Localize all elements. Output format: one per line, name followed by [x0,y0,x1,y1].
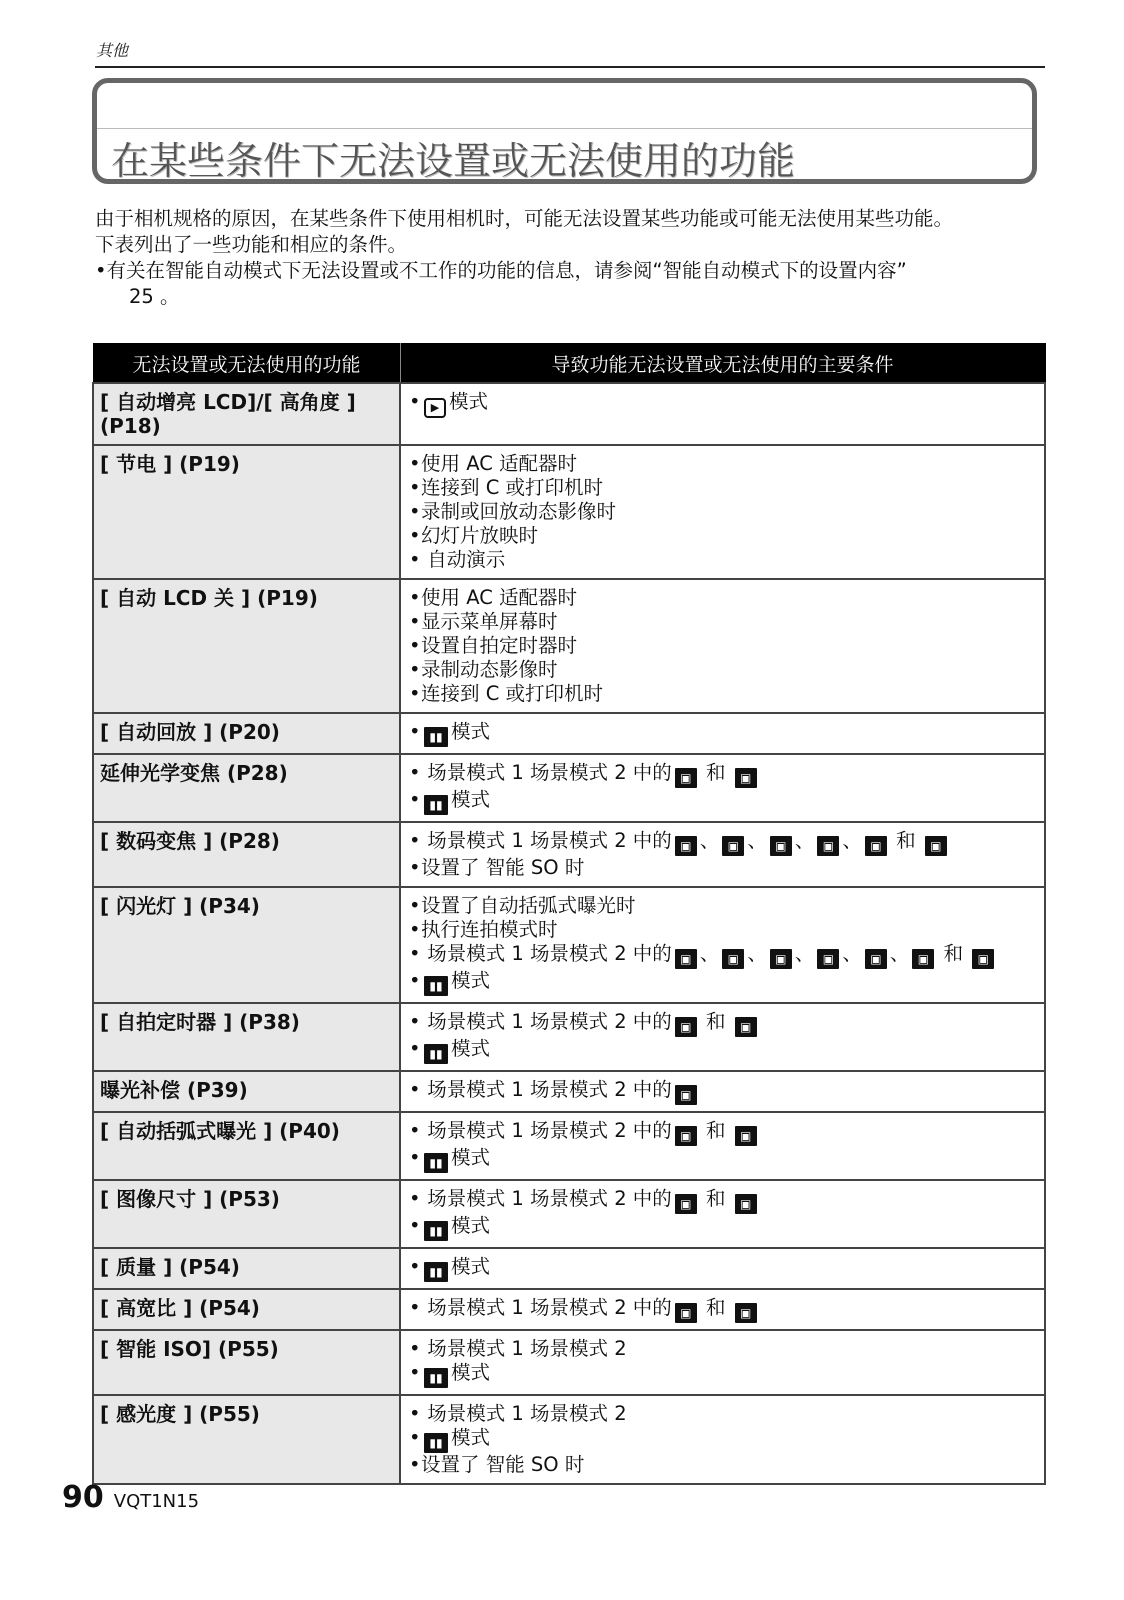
function-restrictions-table: 无法设置或无法使用的功能 导致功能无法设置或无法使用的主要条件 [ 自动增亮 L… [92,343,1046,1485]
condition-item: •▮▮模式 [409,720,1038,747]
function-cell: [ 闪光灯 ] (P34) [93,887,400,1003]
motion-picture-mode-icon: ▮▮ [424,976,448,996]
table-row: [ 自拍定时器 ] (P38)• 场景模式 1 场景模式 2 中的▣ 和 ▣•▮… [93,1003,1045,1071]
motion-picture-mode-icon: ▮▮ [424,1044,448,1064]
condition-item: •▶模式 [409,390,1038,418]
bullet-icon: • [409,1078,421,1102]
condition-text: 录制或回放动态影像时 [421,500,616,523]
condition-item: • 场景模式 1 场景模式 2 中的▣、▣、▣、▣、▣、▣ 和 ▣ [409,942,1038,969]
condition-text: 场景模式 1 场景模式 2 [421,1402,627,1425]
condition-text: 模式 [451,1037,490,1060]
scene-mode-icon: ▣ [735,1303,757,1323]
separator: 和 [890,829,922,852]
condition-item: •显示菜单屏幕时 [409,610,1038,634]
intro-note-page-ref: 25 。 [95,284,1045,310]
scene-mode-icon: ▣ [675,836,697,856]
section-label: 其他 [96,38,128,61]
bullet-icon: • [409,720,421,744]
condition-text: 模式 [451,1214,490,1237]
header-function: 无法设置或无法使用的功能 [93,344,400,384]
table-row: [ 质量 ] (P54)•▮▮模式 [93,1248,1045,1289]
bullet-icon: • [409,1146,421,1170]
condition-text: 连接到 C 或打印机时 [421,476,603,499]
function-cell: [ 自拍定时器 ] (P38) [93,1003,400,1071]
motion-picture-mode-icon: ▮▮ [424,795,448,815]
conditions-cell: • 场景模式 1 场景模式 2•▮▮模式 [400,1330,1045,1395]
condition-text: 模式 [449,390,488,413]
table-body: [ 自动增亮 LCD]/[ 高角度 ] (P18)•▶模式[ 节电 ] (P19… [93,383,1045,1484]
condition-text: 场景模式 1 场景模式 2 中的 [421,1187,672,1210]
condition-text: 场景模式 1 场景模式 2 中的 [421,1119,672,1142]
function-cell: [ 自动回放 ] (P20) [93,713,400,754]
condition-text: 设置自拍定时器时 [421,634,577,657]
bullet-icon: • [409,1296,421,1320]
scene-mode-icon: ▣ [865,949,887,969]
table-row: [ 自动 LCD 关 ] (P19)•使用 AC 适配器时•显示菜单屏幕时•设置… [93,579,1045,713]
function-cell: 曝光补偿 (P39) [93,1071,400,1112]
condition-text: 执行连拍模式时 [421,918,558,941]
condition-item: •设置了 智能 SO 时 [409,1453,1038,1477]
bullet-icon: • [409,1361,421,1385]
conditions-cell: • 场景模式 1 场景模式 2 中的▣ [400,1071,1045,1112]
condition-item: •幻灯片放映时 [409,524,1038,548]
table-row: [ 数码变焦 ] (P28)• 场景模式 1 场景模式 2 中的▣、▣、▣、▣、… [93,822,1045,887]
title-box: 在某些条件下无法设置或无法使用的功能 [92,78,1037,184]
condition-text: 录制动态影像时 [421,658,558,681]
play-mode-icon: ▶ [424,398,446,418]
scene-mode-icon: ▣ [925,836,947,856]
bullet-icon: • [409,1426,421,1450]
separator: 、 [890,942,910,965]
condition-text: 设置了自动括弧式曝光时 [421,894,636,917]
bullet-icon: • [409,524,421,548]
function-cell: [ 自动 LCD 关 ] (P19) [93,579,400,713]
separator: 和 [700,1119,732,1142]
bullet-icon: • [409,390,421,414]
scene-mode-icon: ▣ [675,768,697,788]
conditions-cell: • 场景模式 1 场景模式 2 中的▣ 和 ▣ [400,1289,1045,1330]
separator: 、 [795,942,815,965]
bullet-icon: • [409,1337,421,1361]
condition-item: •▮▮模式 [409,1146,1038,1173]
table-row: 延伸光学变焦 (P28)• 场景模式 1 场景模式 2 中的▣ 和 ▣•▮▮模式 [93,754,1045,822]
separator: 、 [700,829,720,852]
header-rule [95,66,1045,68]
bullet-icon: • [409,969,421,993]
condition-item: • 场景模式 1 场景模式 2 中的▣ 和 ▣ [409,761,1038,788]
condition-item: •使用 AC 适配器时 [409,452,1038,476]
condition-text: 设置了 智能 SO 时 [421,856,584,879]
bullet-icon: • [409,1453,421,1477]
function-cell: [ 节电 ] (P19) [93,445,400,579]
condition-item: •连接到 C 或打印机时 [409,682,1038,706]
scene-mode-icon: ▣ [735,1017,757,1037]
condition-text: 模式 [451,1255,490,1278]
function-cell: 延伸光学变焦 (P28) [93,754,400,822]
table-row: [ 智能 ISO] (P55)• 场景模式 1 场景模式 2•▮▮模式 [93,1330,1045,1395]
motion-picture-mode-icon: ▮▮ [424,1221,448,1241]
separator: 、 [747,942,767,965]
motion-picture-mode-icon: ▮▮ [424,727,448,747]
separator: 、 [842,829,862,852]
header-conditions: 导致功能无法设置或无法使用的主要条件 [400,344,1045,384]
table-header-row: 无法设置或无法使用的功能 导致功能无法设置或无法使用的主要条件 [93,344,1045,384]
condition-item: •▮▮模式 [409,788,1038,815]
scene-mode-icon: ▣ [817,836,839,856]
bullet-icon: • [409,942,421,966]
function-cell: [ 智能 ISO] (P55) [93,1330,400,1395]
separator: 、 [700,942,720,965]
condition-item: • 场景模式 1 场景模式 2 中的▣ [409,1078,1038,1105]
bullet-icon: • [409,476,421,500]
condition-text: 使用 AC 适配器时 [421,586,577,609]
condition-text: 显示菜单屏幕时 [421,610,558,633]
bullet-icon: • [409,634,421,658]
bullet-icon: • [409,1214,421,1238]
condition-text: 自动演示 [421,548,505,571]
bullet-icon: • [409,1119,421,1143]
condition-text: 场景模式 1 场景模式 2 中的 [421,1296,672,1319]
conditions-cell: •使用 AC 适配器时•连接到 C 或打印机时•录制或回放动态影像时•幻灯片放映… [400,445,1045,579]
scene-mode-icon: ▣ [817,949,839,969]
table-row: 曝光补偿 (P39)• 场景模式 1 场景模式 2 中的▣ [93,1071,1045,1112]
conditions-cell: •▶模式 [400,383,1045,445]
condition-item: •使用 AC 适配器时 [409,586,1038,610]
intro-paragraph-2: 下表列出了一些功能和相应的条件。 [95,232,1045,258]
bullet-icon: • [409,761,421,785]
condition-text: 场景模式 1 场景模式 2 [421,1337,627,1360]
condition-item: •▮▮模式 [409,1255,1038,1282]
function-cell: [ 图像尺寸 ] (P53) [93,1180,400,1248]
scene-mode-icon: ▣ [735,1126,757,1146]
bullet-icon: • [409,610,421,634]
condition-item: • 场景模式 1 场景模式 2 中的▣、▣、▣、▣、▣ 和 ▣ [409,829,1038,856]
table-row: [ 自动括弧式曝光 ] (P40)• 场景模式 1 场景模式 2 中的▣ 和 ▣… [93,1112,1045,1180]
condition-text: 设置了 智能 SO 时 [421,1453,584,1476]
scene-mode-icon: ▣ [912,949,934,969]
bullet-icon: • [409,856,421,880]
separator: 、 [795,829,815,852]
scene-mode-icon: ▣ [735,1194,757,1214]
condition-text: 模式 [451,969,490,992]
condition-text: 模式 [451,1426,490,1449]
intro-note: •有关在智能自动模式下无法设置或不工作的功能的信息，请参阅“智能自动模式下的设置… [95,258,1045,284]
motion-picture-mode-icon: ▮▮ [424,1368,448,1388]
scene-mode-icon: ▣ [735,768,757,788]
table-row: [ 高宽比 ] (P54)• 场景模式 1 场景模式 2 中的▣ 和 ▣ [93,1289,1045,1330]
scene-mode-icon: ▣ [770,949,792,969]
condition-text: 连接到 C 或打印机时 [421,682,603,705]
bullet-icon: • [409,548,421,572]
scene-mode-icon: ▣ [675,1303,697,1323]
separator: 和 [700,761,732,784]
conditions-cell: • 场景模式 1 场景模式 2 中的▣ 和 ▣•▮▮模式 [400,1112,1045,1180]
table-row: [ 节电 ] (P19)•使用 AC 适配器时•连接到 C 或打印机时•录制或回… [93,445,1045,579]
separator: 和 [700,1010,732,1033]
condition-text: 场景模式 1 场景模式 2 中的 [421,1078,672,1101]
bullet-icon: • [409,658,421,682]
condition-text: 模式 [451,1146,490,1169]
condition-item: •执行连拍模式时 [409,918,1038,942]
condition-text: 场景模式 1 场景模式 2 中的 [421,942,672,965]
condition-item: • 场景模式 1 场景模式 2 [409,1337,1038,1361]
bullet-icon: • [409,918,421,942]
condition-item: •▮▮模式 [409,969,1038,996]
condition-text: 幻灯片放映时 [421,524,538,547]
scene-mode-icon: ▣ [675,1194,697,1214]
condition-text: 场景模式 1 场景模式 2 中的 [421,761,672,784]
conditions-cell: •使用 AC 适配器时•显示菜单屏幕时•设置自拍定时器时•录制动态影像时•连接到… [400,579,1045,713]
condition-item: • 场景模式 1 场景模式 2 中的▣ 和 ▣ [409,1296,1038,1323]
function-cell: [ 感光度 ] (P55) [93,1395,400,1484]
separator: 和 [937,942,969,965]
bullet-icon: • [409,894,421,918]
intro-paragraph-1: 由于相机规格的原因，在某些条件下使用相机时，可能无法设置某些功能或可能无法使用某… [95,206,1045,232]
function-cell: [ 质量 ] (P54) [93,1248,400,1289]
table-row: [ 自动增亮 LCD]/[ 高角度 ] (P18)•▶模式 [93,383,1045,445]
condition-text: 模式 [451,788,490,811]
document-code: VQT1N15 [114,1491,199,1512]
conditions-cell: • 场景模式 1 场景模式 2 中的▣、▣、▣、▣、▣ 和 ▣•设置了 智能 S… [400,822,1045,887]
table-row: [ 感光度 ] (P55)• 场景模式 1 场景模式 2•▮▮模式•设置了 智能… [93,1395,1045,1484]
page-title: 在某些条件下无法设置或无法使用的功能 [111,139,795,183]
condition-item: •▮▮模式 [409,1037,1038,1064]
scene-mode-icon: ▣ [972,949,994,969]
scene-mode-icon: ▣ [722,836,744,856]
intro-text: 由于相机规格的原因，在某些条件下使用相机时，可能无法设置某些功能或可能无法使用某… [95,206,1045,310]
bullet-icon: • [409,829,421,853]
condition-item: • 自动演示 [409,548,1038,572]
bullet-icon: • [409,1037,421,1061]
scene-mode-icon: ▣ [675,1017,697,1037]
condition-item: •设置自拍定时器时 [409,634,1038,658]
page-number: 90 [62,1480,104,1515]
bullet-icon: • [409,500,421,524]
bullet-icon: • [409,788,421,812]
conditions-cell: • 场景模式 1 场景模式 2 中的▣ 和 ▣•▮▮模式 [400,1180,1045,1248]
scene-mode-icon: ▣ [770,836,792,856]
motion-picture-mode-icon: ▮▮ [424,1433,448,1453]
separator: 、 [747,829,767,852]
scene-mode-icon: ▣ [675,949,697,969]
condition-item: •▮▮模式 [409,1214,1038,1241]
condition-item: •录制或回放动态影像时 [409,500,1038,524]
bullet-icon: • [409,586,421,610]
conditions-cell: •▮▮模式 [400,1248,1045,1289]
scene-mode-icon: ▣ [675,1126,697,1146]
condition-item: • 场景模式 1 场景模式 2 中的▣ 和 ▣ [409,1119,1038,1146]
function-cell: [ 数码变焦 ] (P28) [93,822,400,887]
function-cell: [ 高宽比 ] (P54) [93,1289,400,1330]
scene-mode-icon: ▣ [675,1085,697,1105]
bullet-icon: • [409,1402,421,1426]
conditions-cell: •设置了自动括弧式曝光时•执行连拍模式时• 场景模式 1 场景模式 2 中的▣、… [400,887,1045,1003]
condition-item: •连接到 C 或打印机时 [409,476,1038,500]
separator: 、 [842,942,862,965]
condition-item: •▮▮模式 [409,1361,1038,1388]
scene-mode-icon: ▣ [722,949,744,969]
table-row: [ 自动回放 ] (P20)•▮▮模式 [93,713,1045,754]
condition-text: 模式 [451,1361,490,1384]
conditions-cell: • 场景模式 1 场景模式 2 中的▣ 和 ▣•▮▮模式 [400,1003,1045,1071]
condition-item: •▮▮模式 [409,1426,1038,1453]
separator: 和 [700,1187,732,1210]
condition-item: • 场景模式 1 场景模式 2 中的▣ 和 ▣ [409,1010,1038,1037]
motion-picture-mode-icon: ▮▮ [424,1153,448,1173]
function-cell: [ 自动增亮 LCD]/[ 高角度 ] (P18) [93,383,400,445]
condition-item: •设置了 智能 SO 时 [409,856,1038,880]
condition-text: 模式 [451,720,490,743]
condition-item: •设置了自动括弧式曝光时 [409,894,1038,918]
title-divider [97,128,1032,129]
condition-text: 场景模式 1 场景模式 2 中的 [421,1010,672,1033]
condition-item: • 场景模式 1 场景模式 2 [409,1402,1038,1426]
bullet-icon: • [409,1010,421,1034]
bullet-icon: • [409,1187,421,1211]
bullet-icon: • [409,1255,421,1279]
condition-text: 场景模式 1 场景模式 2 中的 [421,829,672,852]
conditions-cell: • 场景模式 1 场景模式 2 中的▣ 和 ▣•▮▮模式 [400,754,1045,822]
scene-mode-icon: ▣ [865,836,887,856]
condition-item: • 场景模式 1 场景模式 2 中的▣ 和 ▣ [409,1187,1038,1214]
table-row: [ 闪光灯 ] (P34)•设置了自动括弧式曝光时•执行连拍模式时• 场景模式 … [93,887,1045,1003]
separator: 和 [700,1296,732,1319]
bullet-icon: • [409,682,421,706]
conditions-cell: •▮▮模式 [400,713,1045,754]
bullet-icon: • [409,452,421,476]
function-cell: [ 自动括弧式曝光 ] (P40) [93,1112,400,1180]
condition-item: •录制动态影像时 [409,658,1038,682]
table-row: [ 图像尺寸 ] (P53)• 场景模式 1 场景模式 2 中的▣ 和 ▣•▮▮… [93,1180,1045,1248]
motion-picture-mode-icon: ▮▮ [424,1262,448,1282]
condition-text: 使用 AC 适配器时 [421,452,577,475]
conditions-cell: • 场景模式 1 场景模式 2•▮▮模式•设置了 智能 SO 时 [400,1395,1045,1484]
page-footer: 90 VQT1N15 [62,1480,199,1515]
